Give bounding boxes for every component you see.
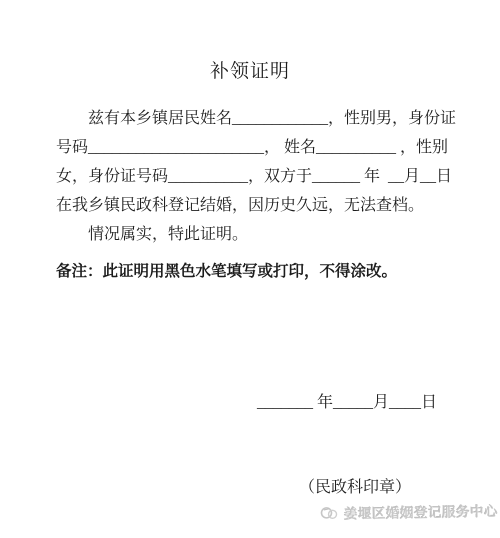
note-section: 备注：此证明用黑色水笔填写或打印，不得涂改。 xyxy=(56,260,466,284)
body-line-3: 女，身份证号码__________，双方于______ 年 __月__日 xyxy=(56,162,466,191)
body-line-4: 在我乡镇民政科登记结婚，因历史久远，无法查档。 xyxy=(56,191,466,220)
body-line-1: 兹有本乡镇居民姓名____________，性别男，身份证 xyxy=(56,104,466,133)
note-text: 备注：此证明用黑色水笔填写或打印，不得涂改。 xyxy=(56,260,466,284)
date-line: _______ 年_____月____日 xyxy=(257,392,437,414)
certificate-page: 补领证明 兹有本乡镇居民姓名____________，性别男，身份证 号码___… xyxy=(0,0,500,538)
footer-center-name: 姜堰区婚姻登记服务中心 xyxy=(344,500,498,523)
footer-watermark: 姜堰区婚姻登记服务中心 xyxy=(320,500,498,523)
seal-placeholder-label: （民政科印章） xyxy=(299,477,411,499)
document-title: 补领证明 xyxy=(0,56,500,83)
marriage-center-logo-icon xyxy=(320,505,339,521)
body-line-5-closing: 情况属实，特此证明。 xyxy=(56,220,466,249)
body-line-2: 号码______________________， 姓名__________ ，… xyxy=(56,133,466,162)
document-body: 兹有本乡镇居民姓名____________，性别男，身份证 号码________… xyxy=(56,104,466,249)
